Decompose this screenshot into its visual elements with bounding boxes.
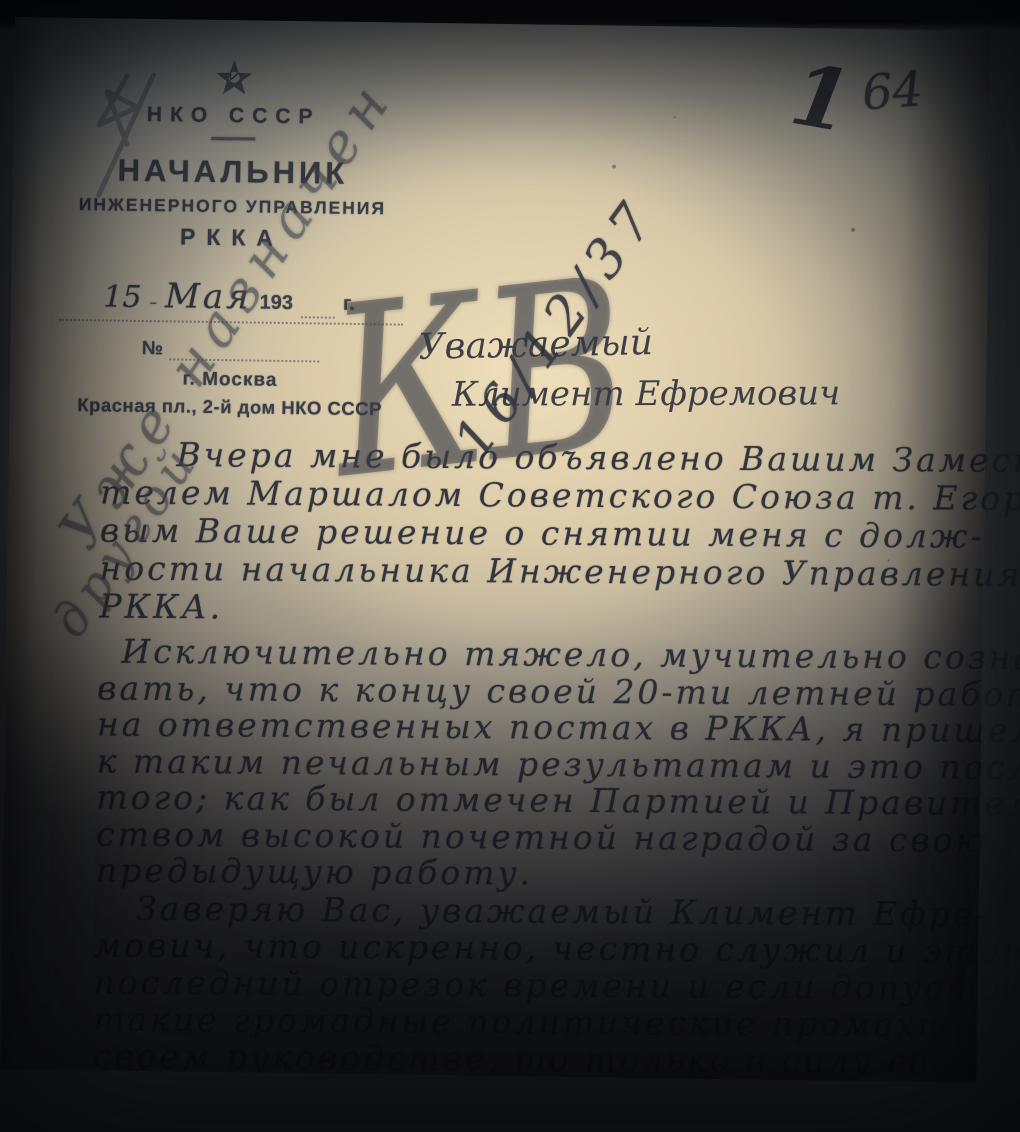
photo-frame: НКО СССР НАЧАЛЬНИК ИНЖЕНЕРНОГО УПРАВЛЕНИ… xyxy=(0,0,1020,1132)
letter-line: РККА. xyxy=(99,588,999,632)
corner-paraph-scribble xyxy=(73,61,190,222)
monogram-kv: КВ xyxy=(320,247,639,513)
red-star-icon xyxy=(214,58,255,99)
paragraph-3: Заверяю Вас, уважаемый Климент Ефре- мов… xyxy=(93,890,994,1081)
ink-page-mark: 1 xyxy=(784,44,858,152)
date-day-handwritten: 15 xyxy=(103,279,142,315)
pencil-page-number: 64 xyxy=(860,61,925,121)
dust-specks xyxy=(15,17,17,19)
date-day-superscript: – xyxy=(149,293,157,311)
letter-line: своем руководстве, то только в силу созд… xyxy=(93,1038,993,1081)
paragraph-2: Исключительно тяжело, мучительно созна- … xyxy=(96,634,998,896)
letterhead-divider xyxy=(211,137,255,141)
letter-line: ности начальника Инженерного Управления xyxy=(100,550,1000,594)
document-page: НКО СССР НАЧАЛЬНИК ИНЖЕНЕРНОГО УПРАВЛЕНИ… xyxy=(0,17,991,1083)
